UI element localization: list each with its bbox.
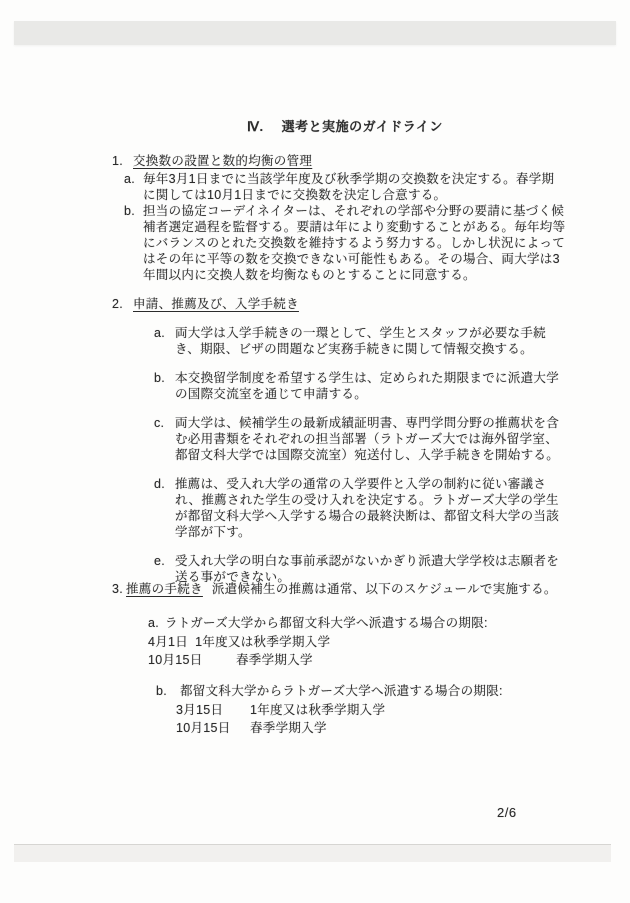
schedule-term: 春季学期入学	[250, 721, 327, 735]
schedule: 4月1日1年度又は秋季学期入学 10月15日春季学期入学	[148, 634, 566, 669]
list-item: c. 両大学は、候補学生の最新成績証明書、専門学問分野の推薦状を含む必用書類をそ…	[154, 415, 566, 463]
list-item-text: 両大学は、候補学生の最新成績証明書、専門学問分野の推薦状を含む必用書類をそれぞれ…	[175, 415, 566, 463]
section-heading: 3.推薦の手続き派遣候補生の推薦は通常、以下のスケジュールで実施する。	[112, 581, 566, 597]
list-item-label: a.	[148, 615, 165, 631]
list-item: d. 推薦は、受入れ大学の通常の入学要件と入学の制約に従い審議され、推薦された学…	[154, 476, 566, 540]
schedule-term: 春季学期入学	[236, 653, 313, 667]
list-item: a. ラトガーズ大学から都留文科大学へ派遣する場合の期限: 4月1日1年度又は秋…	[148, 615, 566, 669]
schedule-intro: 都留文科大学からラトガーズ大学へ派遣する場合の期限:	[180, 683, 566, 699]
schedule-row: 4月1日1年度又は秋季学期入学	[148, 634, 566, 652]
list-item-text: 両大学は入学手続きの一環として、学生とスタッフが必要な手続き、期限、ビザの問題な…	[175, 325, 566, 357]
schedule-row: 3月15日1年度又は秋季学期入学	[176, 702, 566, 720]
list-item-label: b.	[154, 370, 175, 386]
list-item-text: 本交換留学制度を希望する学生は、定められた期限までに派遣大学の国際交流室を通じて…	[175, 370, 566, 402]
list-item-label: a.	[154, 325, 175, 341]
schedule-term: 1年度又は秋季学期入学	[250, 703, 385, 717]
section-heading: 1.交換数の設置と数的均衡の管理	[112, 153, 566, 169]
section-heading: 2.申請、推薦及び、入学手続き	[112, 296, 566, 312]
section-application-admission: 2.申請、推薦及び、入学手続き a. 両大学は入学手続きの一環として、学生とスタ…	[112, 296, 566, 598]
scan-artifact-bottom-bar	[14, 844, 611, 862]
section-title: 交換数の設置と数的均衡の管理	[133, 154, 312, 168]
schedule: 3月15日1年度又は秋季学期入学 10月15日春季学期入学	[176, 702, 566, 737]
schedule-date: 4月1日	[148, 634, 188, 652]
schedule-row: 10月15日春季学期入学	[148, 652, 566, 670]
schedule-date: 10月15日	[148, 652, 236, 670]
list-item: b. 都留文科大学からラトガーズ大学へ派遣する場合の期限: 3月15日1年度又は…	[156, 683, 566, 737]
list-item: b. 担当の協定コーデイネイターは、それぞれの学部や分野の要請に基づく候補者選定…	[124, 203, 566, 283]
list-item-text: 都留文科大学からラトガーズ大学へ派遣する場合の期限: 3月15日1年度又は秋季学…	[180, 683, 566, 737]
list-item-label: a.	[124, 171, 143, 187]
scan-artifact-top-bar	[14, 21, 616, 45]
section-number: 2.	[112, 296, 133, 312]
list-item-text: 推薦は、受入れ大学の通常の入学要件と入学の制約に従い審議され、推薦された学生の受…	[175, 476, 566, 540]
schedule-date: 3月15日	[176, 702, 250, 720]
document-title: Ⅳ.選考と実施のガイドライン	[247, 119, 443, 135]
section-number: 3.	[112, 582, 123, 596]
schedule-date: 10月15日	[176, 720, 250, 738]
section-lead-text: 派遣候補生の推薦は通常、以下のスケジュールで実施する。	[212, 582, 557, 596]
list-item-text: 毎年3月1日までに当該学年度及び秋季学期の交換数を決定する。春学期に関しては10…	[143, 171, 566, 203]
section-number: 1.	[112, 153, 133, 169]
section-exchange-number-management: 1.交換数の設置と数的均衡の管理 a. 毎年3月1日までに当該学年度及び秋季学期…	[112, 153, 566, 283]
list-item-label: b.	[124, 203, 143, 219]
section-recommendation-procedure: 3.推薦の手続き派遣候補生の推薦は通常、以下のスケジュールで実施する。 a. ラ…	[112, 581, 566, 751]
document-title-numeral: Ⅳ.	[247, 119, 264, 134]
document-title-text: 選考と実施のガイドライン	[282, 119, 443, 134]
page-number: 2/6	[497, 805, 517, 820]
list-item: a. 毎年3月1日までに当該学年度及び秋季学期の交換数を決定する。春学期に関して…	[124, 171, 566, 203]
list-item: a. 両大学は入学手続きの一環として、学生とスタッフが必要な手続き、期限、ビザの…	[154, 325, 566, 357]
section-title: 推薦の手続き	[126, 582, 203, 596]
schedule-row: 10月15日春季学期入学	[176, 720, 566, 738]
schedule-term: 1年度又は秋季学期入学	[195, 635, 330, 649]
list-item-label: e.	[154, 553, 175, 569]
list-item-text: 担当の協定コーデイネイターは、それぞれの学部や分野の要請に基づく候補者選定過程を…	[143, 203, 566, 283]
list-item-label: c.	[154, 415, 175, 431]
list-item-text: ラトガーズ大学から都留文科大学へ派遣する場合の期限: 4月1日1年度又は秋季学期…	[165, 615, 566, 669]
schedule-intro: ラトガーズ大学から都留文科大学へ派遣する場合の期限:	[165, 615, 566, 631]
list-item-label: d.	[154, 476, 175, 492]
list-item: b. 本交換留学制度を希望する学生は、定められた期限までに派遣大学の国際交流室を…	[154, 370, 566, 402]
scanned-document-page: Ⅳ.選考と実施のガイドライン 1.交換数の設置と数的均衡の管理 a. 毎年3月1…	[0, 0, 630, 903]
section-title: 申請、推薦及び、入学手続き	[133, 297, 299, 311]
list-item-label: b.	[156, 683, 180, 699]
